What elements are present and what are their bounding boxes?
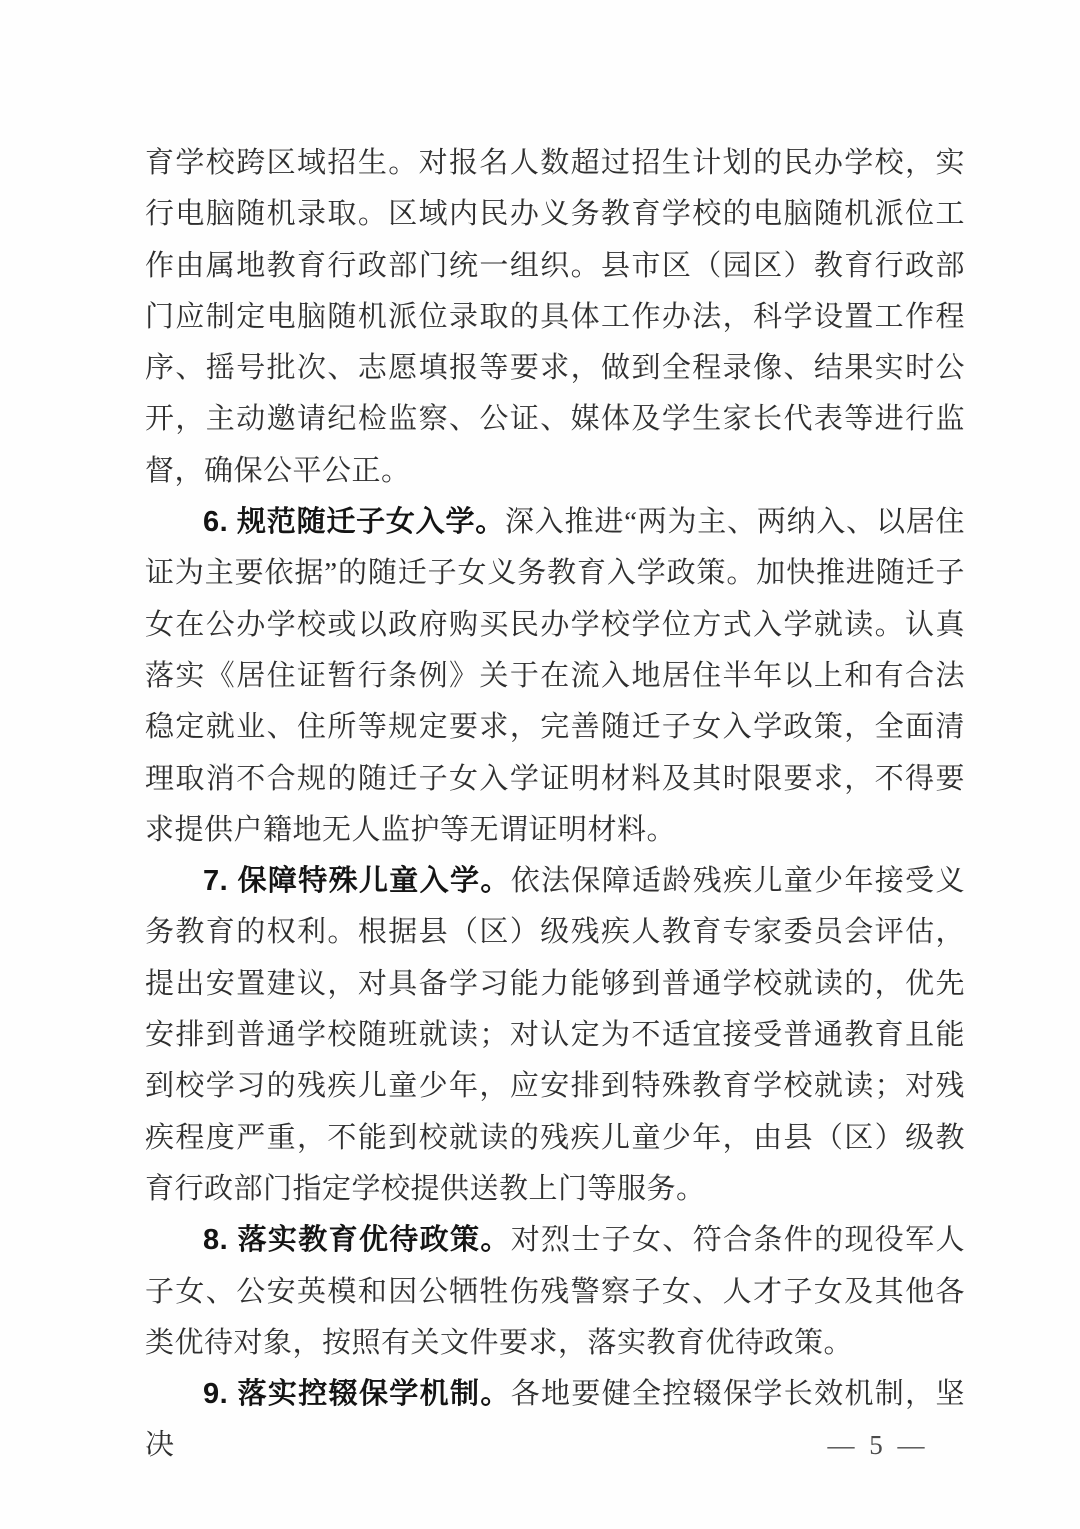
paragraph-heading: 6. 规范随迁子女入学。 [203, 506, 505, 538]
paragraph-heading: 9. 落实控辍保学机制。 [203, 1378, 511, 1410]
paragraph: 6. 规范随迁子女入学。深入推进“两为主、两纳入、以居住证为主要依据”的随迁子女… [145, 497, 965, 856]
paragraph-heading: 7. 保障特殊儿童入学。 [203, 865, 511, 897]
paragraph: 育学校跨区域招生。对报名人数超过招生计划的民办学校，实行电脑随机录取。区域内民办… [145, 138, 965, 497]
paragraph-text: 深入推进“两为主、两纳入、以居住证为主要依据”的随迁子女义务教育入学政策。加快推… [145, 506, 965, 846]
document-body: 育学校跨区域招生。对报名人数超过招生计划的民办学校，实行电脑随机录取。区域内民办… [145, 138, 965, 1472]
document-page: 育学校跨区域招生。对报名人数超过招生计划的民办学校，实行电脑随机录取。区域内民办… [0, 0, 1080, 1529]
paragraph-text: 育学校跨区域招生。对报名人数超过招生计划的民办学校，实行电脑随机录取。区域内民办… [145, 147, 965, 487]
paragraph-text: 依法保障适龄残疾儿童少年接受义务教育的权利。根据县（区）级残疾人教育专家委员会评… [145, 865, 965, 1205]
paragraph: 7. 保障特殊儿童入学。依法保障适龄残疾儿童少年接受义务教育的权利。根据县（区）… [145, 856, 965, 1215]
paragraph: 8. 落实教育优待政策。对烈士子女、符合条件的现役军人子女、公安英模和因公牺牲伤… [145, 1215, 965, 1369]
paragraph-heading: 8. 落实教育优待政策。 [203, 1224, 511, 1256]
page-number: — 5 — [818, 1430, 938, 1461]
